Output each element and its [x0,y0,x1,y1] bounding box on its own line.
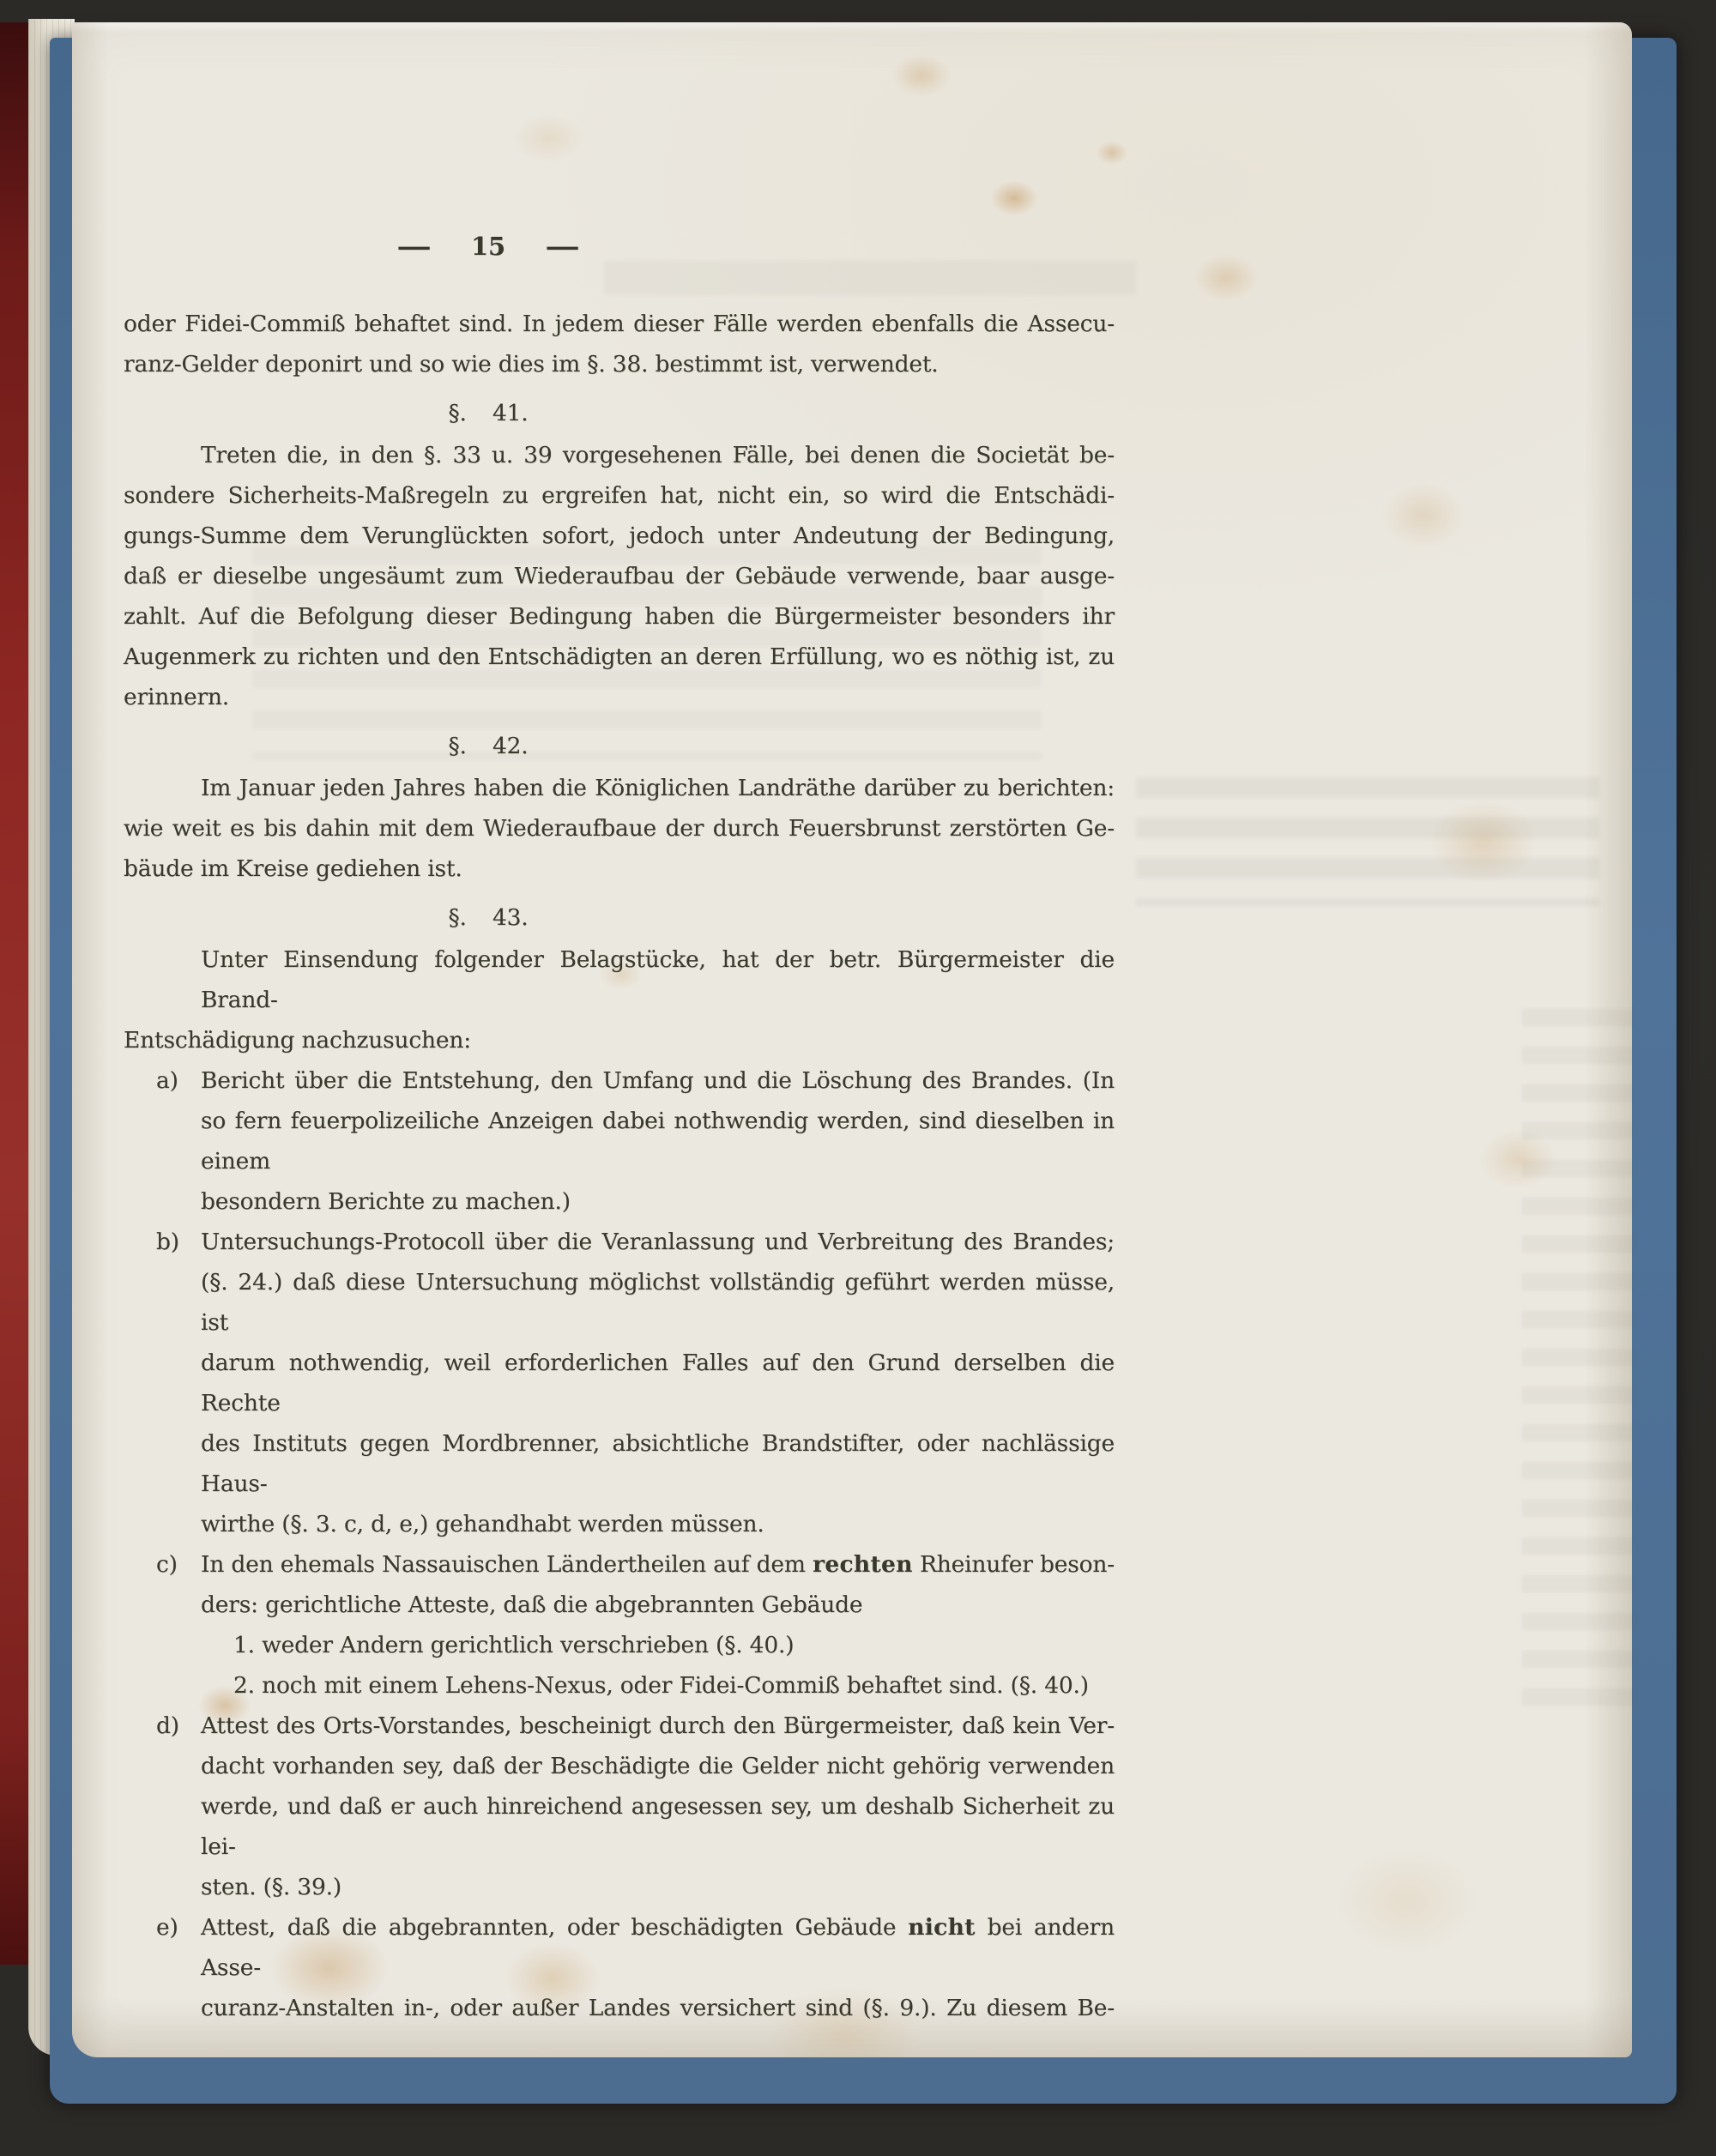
text-line: wie weit es bis dahin mit dem Wiederaufb… [124,808,1115,849]
text-line: darum nothwendig, weil erforderlichen Fa… [124,1343,1115,1423]
text-line: e)Attest, daß die abgebrannten, oder bes… [124,1907,1115,1988]
line-text: Bericht über die Entstehung, den Umfang … [201,1067,1115,1094]
text-line: d)Attest des Orts-Vorstandes, bescheinig… [124,1706,1115,1746]
text-line: sten. (§. 39.) [124,1867,1115,1907]
text-line: werde, und daß er auch hinreichend anges… [124,1786,1115,1867]
text-line: 1. weder Andern gerichtlich verschrieben… [124,1625,1115,1665]
section-heading: §. 41. [124,393,853,433]
page-number: — 15 — [124,226,853,267]
page-number-value: 15 [471,226,505,267]
header-dash-right: — [545,226,579,267]
book-page: — 15 — oder Fidei-Commiß behaftet sind. … [72,22,1632,2057]
line-text: Attest des Orts-Vorstandes, bescheinigt … [201,1712,1115,1739]
line-text: Attest, daß die abgebrannten, oder besch… [201,1914,1115,1981]
text-line: wirthe (§. 3. c, d, e,) gehandhabt werde… [124,1504,1115,1544]
text-line: daß er dieselbe ungesäumt zum Wiederaufb… [124,556,1115,596]
line-text: In den ehemals Nassauischen Ländertheile… [201,1551,1115,1578]
text-line: (§. 24.) daß diese Untersuchung möglichs… [124,1262,1115,1343]
book-fore-edge-red [0,22,28,1965]
text-line: a)Bericht über die Entstehung, den Umfan… [124,1060,1115,1101]
section-heading: §. 43. [124,897,853,938]
list-marker: b) [156,1222,179,1262]
text-line: ders: gerichtliche Atteste, daß die abge… [124,1585,1115,1625]
text-line: ranz-Gelder deponirt und so wie dies im … [124,344,1115,384]
header-dash-left: — [396,226,431,267]
list-marker: c) [156,1544,178,1585]
text-line: Treten die, in den §. 33 u. 39 vorgesehe… [124,435,1115,475]
text-line: sondere Sicherheits-Maßregeln zu ergreif… [124,475,1115,516]
text-line: zahlt. Auf die Befolgung dieser Bedingun… [124,596,1115,637]
text-line: gungs-Summe dem Verunglückten sofort, je… [124,516,1115,556]
line-text: Untersuchungs-Protocoll über die Veranla… [201,1229,1115,1255]
text-line: besondern Berichte zu machen.) [124,1181,1115,1222]
show-through-smudge [1136,777,1599,906]
text-line: Unter Einsendung folgender Belagstücke, … [124,939,1115,1020]
list-marker: d) [156,1706,179,1746]
text-line: Augenmerk zu richten und den Entschädigt… [124,637,1115,677]
text-line: b)Untersuchungs-Protocoll über die Veran… [124,1222,1115,1262]
text-line: oder Fidei-Commiß behaftet sind. In jede… [124,304,1115,344]
scan-background: — 15 — oder Fidei-Commiß behaftet sind. … [0,0,1716,2156]
text-line: so fern feuerpolizeiliche Anzeigen dabei… [124,1101,1115,1181]
text-line: dacht vorhanden sey, daß der Beschädigte… [124,1746,1115,1786]
text-line: 2. noch mit einem Lehens-Nexus, oder Fid… [124,1665,1115,1706]
page-content: — 15 — oder Fidei-Commiß behaftet sind. … [124,226,1115,2028]
text-line: curanz-Anstalten in-, oder außer Landes … [124,1988,1115,2028]
text-line: Entschädigung nachzusuchen: [124,1020,1115,1060]
text-line: bäude im Kreise gediehen ist. [124,849,1115,889]
section-heading: §. 42. [124,726,853,766]
text-line: des Instituts gegen Mordbrenner, absicht… [124,1423,1115,1504]
list-marker: a) [156,1060,178,1101]
text-line: erinnern. [124,677,1115,717]
list-marker: e) [156,1907,178,1948]
text-line: c)In den ehemals Nassauischen Länderthei… [124,1544,1115,1585]
show-through-smudge [1522,1009,1634,1712]
text-line: Im Januar jeden Jahres haben die Königli… [124,768,1115,808]
